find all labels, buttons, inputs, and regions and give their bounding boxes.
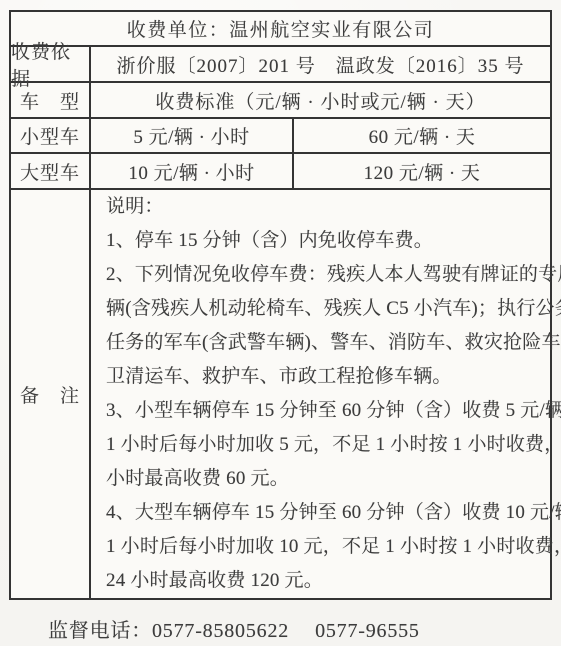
parking-fee-notice-page: 收费单位：温州航空实业有限公司 收费依据 浙价服〔2007〕201 号 温政发〔… — [0, 0, 561, 646]
table-row-charging-unit: 收费单位：温州航空实业有限公司 — [11, 12, 550, 45]
table-row-standard-header: 车 型 收费标准（元/辆 · 小时或元/辆 · 天） — [11, 81, 550, 117]
large-vehicle-daily-rate: 120 元/辆 · 天 — [294, 154, 550, 188]
supervision-phone-label: 监督电话： — [48, 620, 152, 642]
table-row-remarks: 备 注 说明： 1、停车 15 分钟（含）内免收停车费。 2、下列情况免收停车费… — [11, 188, 550, 598]
remarks-label: 备 注 — [11, 190, 91, 598]
remarks-line: 1、停车 15 分钟（含）内免收停车费。 — [106, 224, 561, 258]
vehicle-type-header: 车 型 — [11, 83, 91, 117]
remarks-line: 3、小型车辆停车 15 分钟至 60 分钟（含）收费 5 元/辆·次， — [106, 394, 561, 428]
remarks-line: 1 小时后每小时加收 10 元，不足 1 小时按 1 小时收费，每 — [106, 530, 561, 564]
remarks-line: 卫清运车、救护车、市政工程抢修车辆。 — [106, 360, 561, 394]
remarks-line: 辆(含残疾人机动轮椅车、残疾人 C5 小汽车)；执行公务或 — [106, 292, 561, 326]
fee-table: 收费单位：温州航空实业有限公司 收费依据 浙价服〔2007〕201 号 温政发〔… — [9, 10, 552, 600]
charging-unit-title: 收费单位：温州航空实业有限公司 — [11, 12, 550, 45]
supervision-phone-line: 监督电话：0577-858056220577-96555 — [48, 614, 420, 643]
remarks-line: 1 小时后每小时加收 5 元，不足 1 小时按 1 小时收费，每 24 — [106, 428, 561, 462]
supervision-phone-1: 0577-85805622 — [152, 620, 289, 642]
remarks-line: 说明： — [106, 190, 561, 224]
remarks-line: 任务的军车(含武警车辆)、警车、消防车、救灾抢险车，环 — [106, 326, 561, 360]
table-row-small-vehicle: 小型车 5 元/辆 · 小时 60 元/辆 · 天 — [11, 117, 550, 152]
small-vehicle-daily-rate: 60 元/辆 · 天 — [294, 119, 550, 152]
basis-label: 收费依据 — [11, 47, 91, 81]
basis-value: 浙价服〔2007〕201 号 温政发〔2016〕35 号 — [91, 47, 550, 81]
large-vehicle-type: 大型车 — [11, 154, 91, 188]
remarks-line: 4、大型车辆停车 15 分钟至 60 分钟（含）收费 10 元/辆·次， — [106, 496, 561, 530]
table-row-basis: 收费依据 浙价服〔2007〕201 号 温政发〔2016〕35 号 — [11, 45, 550, 81]
table-row-large-vehicle: 大型车 10 元/辆 · 小时 120 元/辆 · 天 — [11, 152, 550, 188]
fee-standard-header: 收费标准（元/辆 · 小时或元/辆 · 天） — [91, 83, 550, 117]
small-vehicle-type: 小型车 — [11, 119, 91, 152]
remarks-line: 2、下列情况免收停车费：残疾人本人驾驶有牌证的专用车 — [106, 258, 561, 292]
large-vehicle-hourly-rate: 10 元/辆 · 小时 — [91, 154, 294, 188]
remarks-line: 24 小时最高收费 120 元。 — [106, 564, 561, 598]
small-vehicle-hourly-rate: 5 元/辆 · 小时 — [91, 119, 294, 152]
supervision-phone-2: 0577-96555 — [315, 620, 420, 642]
remarks-line: 小时最高收费 60 元。 — [106, 462, 561, 496]
remarks-body: 说明： 1、停车 15 分钟（含）内免收停车费。 2、下列情况免收停车费：残疾人… — [91, 190, 561, 598]
